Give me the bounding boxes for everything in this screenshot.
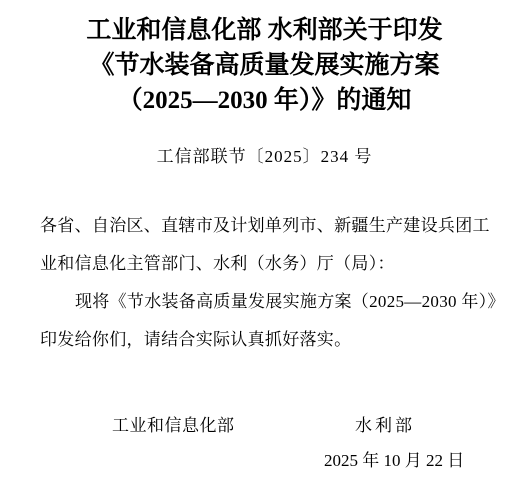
document-title: 工业和信息化部 水利部关于印发 《节水装备高质量发展实施方案 （2025—203…	[0, 13, 529, 118]
document-page: 工业和信息化部 水利部关于印发 《节水装备高质量发展实施方案 （2025—203…	[0, 0, 529, 497]
document-body: 各省、自治区、直辖市及计划单列市、新疆生产建设兵团工 业和信息化主管部门、水利（…	[40, 207, 490, 359]
title-line-1: 工业和信息化部 水利部关于印发	[0, 13, 529, 48]
body-line-2: 业和信息化主管部门、水利（水务）厅（局）：	[40, 245, 490, 283]
document-number: 工信部联节〔2025〕234 号	[0, 142, 529, 167]
body-line-4: 印发给你们，请结合实际认真抓好落实。	[40, 321, 490, 359]
body-line-3: 现将《节水装备高质量发展实施方案（2025—2030 年）》	[40, 283, 490, 321]
signature-date: 2025 年 10 月 22 日	[324, 446, 464, 471]
title-line-2: 《节水装备高质量发展实施方案	[0, 48, 529, 83]
body-line-1: 各省、自治区、直辖市及计划单列市、新疆生产建设兵团工	[40, 207, 490, 245]
title-line-3: （2025—2030 年）》的通知	[0, 83, 529, 118]
signature-ministry-water: 水利部	[355, 411, 415, 436]
signature-ministry-industry: 工业和信息化部	[112, 411, 235, 436]
